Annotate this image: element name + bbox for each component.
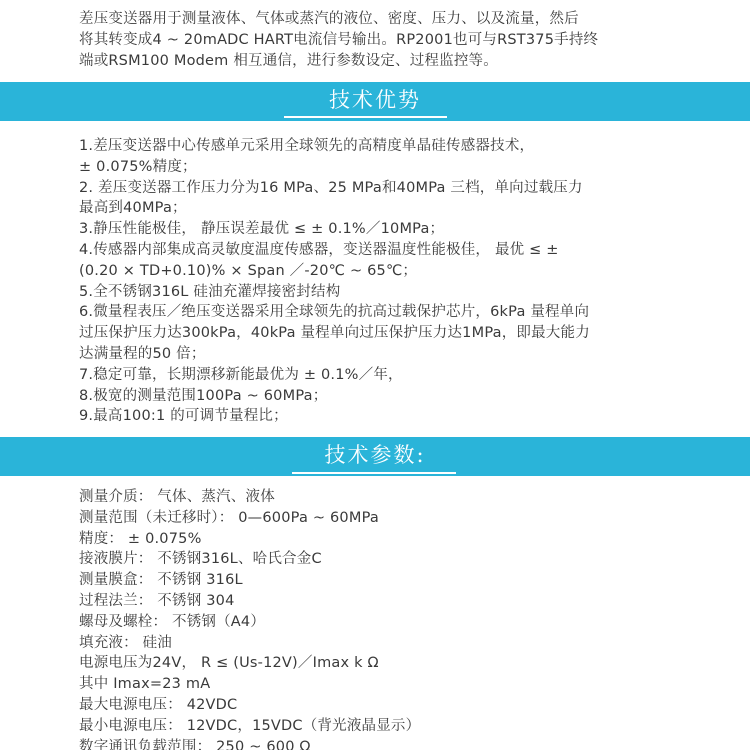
intro-line: 将其转变成4 ~ 20mADC HART电流信号输出。RP2001也可与RST3… — [79, 30, 699, 51]
param-item: 测量膜盒： 不锈钢 316L — [79, 570, 699, 591]
section-banner-params: 技术参数: — [0, 437, 750, 476]
section-banner-advantages: 技术优势 — [0, 82, 750, 121]
param-item: 螺母及螺栓： 不锈钢（A4） — [79, 612, 699, 633]
intro-line: 端或RSM100 Modem 相互通信，进行参数设定、过程监控等。 — [79, 51, 699, 72]
params-list: 测量介质： 气体、蒸汽、液体 测量范围（未迁移时）： 0—600Pa ~ 60M… — [79, 487, 699, 750]
advantage-item: 4.传感器内部集成高灵敏度温度传感器，变送器温度性能极佳， 最优 ≤ ± — [79, 240, 699, 261]
param-item: 过程法兰： 不锈钢 304 — [79, 591, 699, 612]
advantage-item: 3.静压性能极佳， 静压误差最优 ≤ ± 0.1%／10MPa； — [79, 219, 699, 240]
advantage-item: 8.极宽的测量范围100Pa ~ 60MPa； — [79, 386, 699, 407]
param-item: 精度： ± 0.075% — [79, 529, 699, 550]
advantage-item: 最高到40MPa； — [79, 198, 699, 219]
advantages-list: 1.差压变送器中心传感单元采用全球领先的高精度单晶硅传感器技术， ± 0.075… — [79, 136, 699, 427]
section-title-advantages: 技术优势 — [0, 86, 750, 114]
advantage-item: 6.微量程表压／绝压变送器采用全球领先的抗高过载保护芯片，6kPa 量程单向 — [79, 302, 699, 323]
param-item: 电源电压为24V， R ≤ (Us-12V)／Imax k Ω — [79, 653, 699, 674]
title-underline — [292, 472, 456, 474]
advantage-item: (0.20 × TD+0.10)% × Span ／-20℃ ~ 65℃； — [79, 261, 699, 282]
param-item: 最大电源电压： 42VDC — [79, 695, 699, 716]
advantage-item: 过压保护压力达300kPa，40kPa 量程单向过压保护压力达1MPa，即最大能… — [79, 323, 699, 344]
param-item: 最小电源电压： 12VDC，15VDC（背光液晶显示） — [79, 716, 699, 737]
intro-line: 差压变送器用于测量液体、气体或蒸汽的液位、密度、压力、以及流量，然后 — [79, 9, 699, 30]
advantage-item: 9.最高100:1 的可调节量程比； — [79, 406, 699, 427]
param-item: 测量介质： 气体、蒸汽、液体 — [79, 487, 699, 508]
param-item: 填充液： 硅油 — [79, 633, 699, 654]
advantage-item: 7.稳定可靠，长期漂移新能最优为 ± 0.1%／年， — [79, 365, 699, 386]
param-item: 测量范围（未迁移时）： 0—600Pa ~ 60MPa — [79, 508, 699, 529]
param-item: 接液膜片： 不锈钢316L、哈氏合金C — [79, 549, 699, 570]
advantage-item: 2. 差压变送器工作压力分为16 MPa、25 MPa和40MPa 三档，单向过… — [79, 178, 699, 199]
advantage-item: 1.差压变送器中心传感单元采用全球领先的高精度单晶硅传感器技术， — [79, 136, 699, 157]
advantage-item: 达满量程的50 倍； — [79, 344, 699, 365]
advantage-item: 5.全不锈钢316L 硅油充灌焊接密封结构 — [79, 282, 699, 303]
title-underline — [284, 116, 447, 118]
intro-paragraph: 差压变送器用于测量液体、气体或蒸汽的液位、密度、压力、以及流量，然后 将其转变成… — [79, 9, 699, 71]
advantage-item: ± 0.075%精度； — [79, 157, 699, 178]
param-item: 其中 Imax=23 mA — [79, 674, 699, 695]
section-title-params: 技术参数: — [0, 441, 750, 469]
param-item: 数字通讯负载范围： 250 ~ 600 Ω — [79, 737, 699, 750]
